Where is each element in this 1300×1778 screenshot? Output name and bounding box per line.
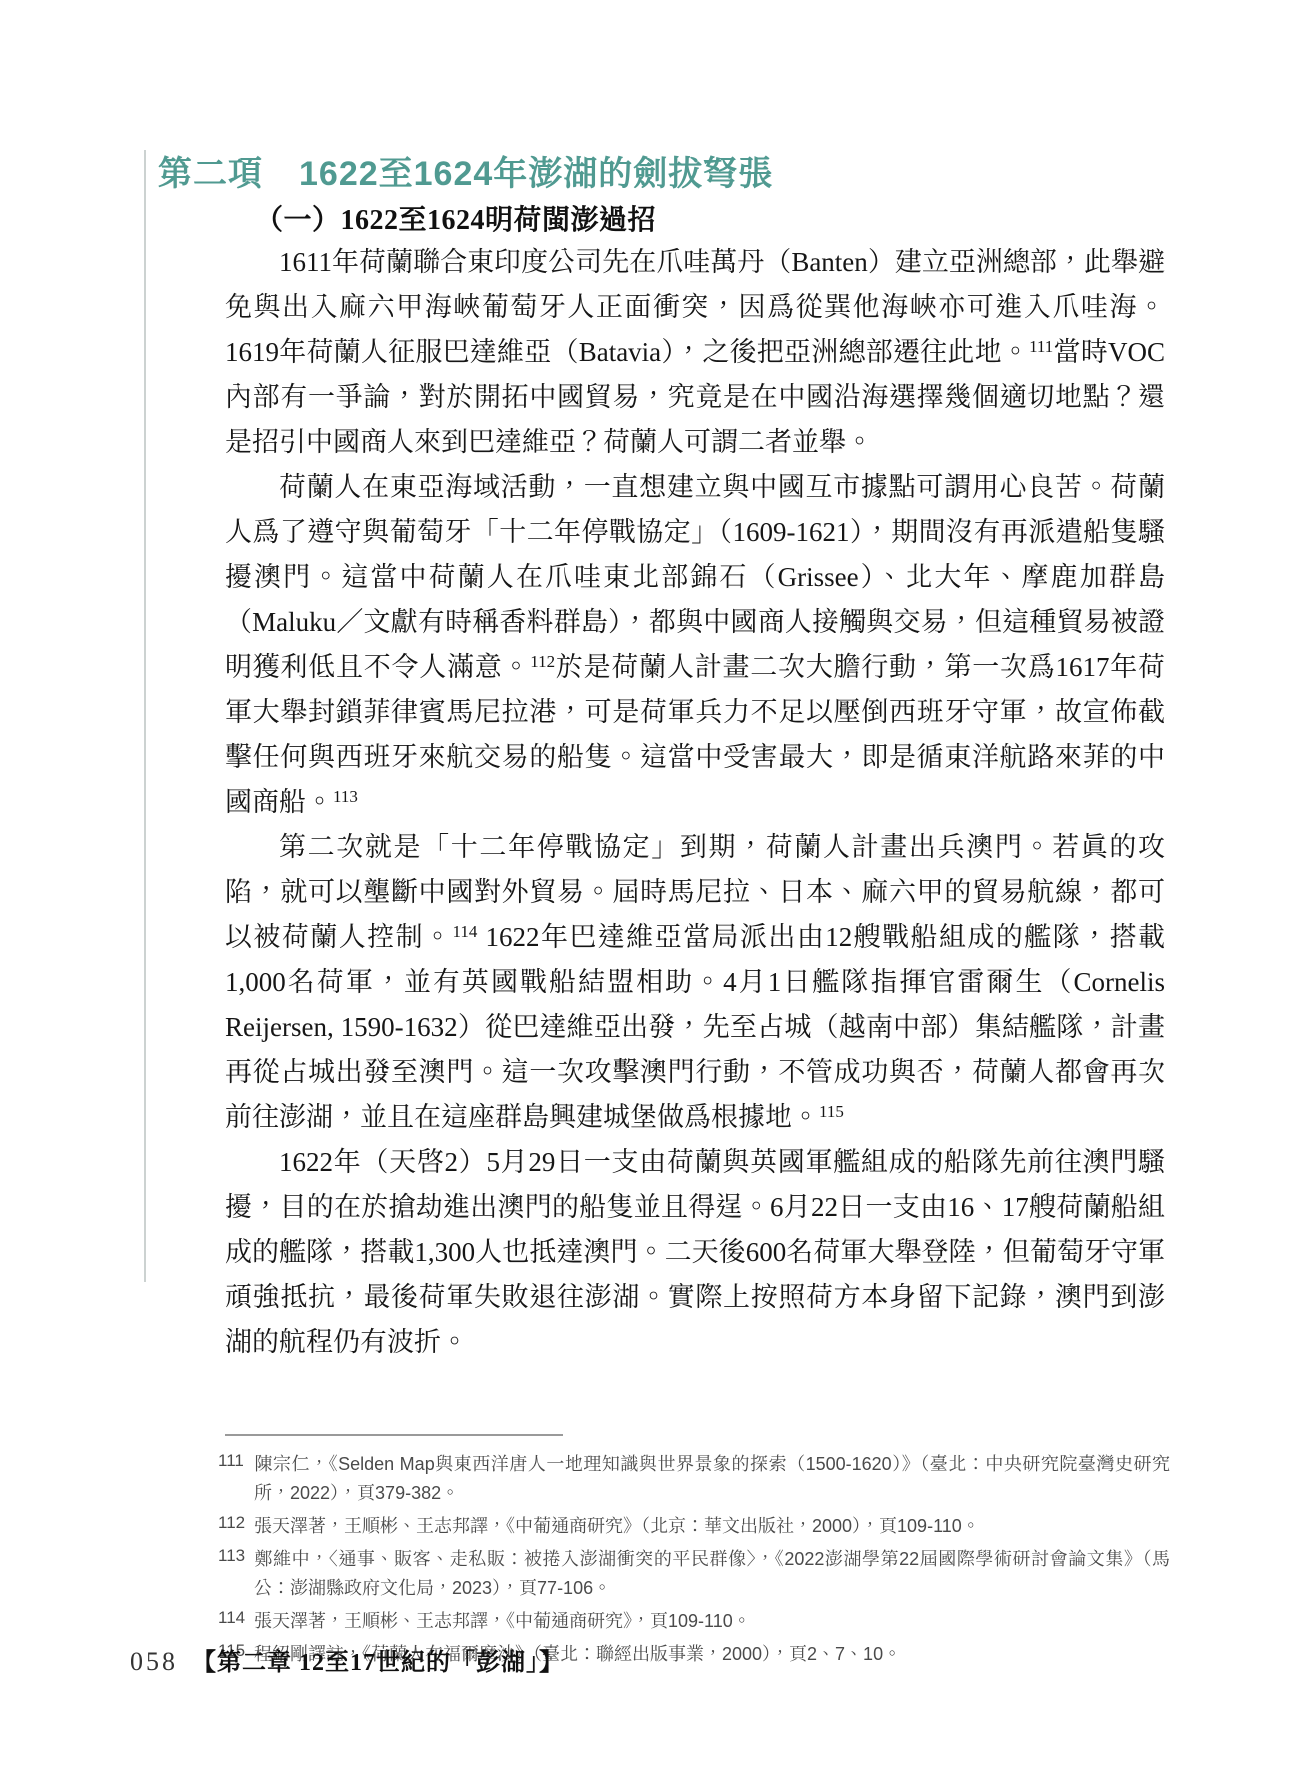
footnote-ref: 114 <box>452 922 477 941</box>
paragraph: 1622年（天啓2）5月29日一支由荷蘭與英國軍艦組成的船隊先前往澳門騷擾，目的… <box>225 1140 1165 1365</box>
paragraph: 荷蘭人在東亞海域活動，一直想建立與中國互市據點可謂用心良苦。荷蘭人爲了遵守與葡萄… <box>225 465 1165 825</box>
footnote-ref: 111 <box>1029 337 1053 356</box>
section-number: 第二項 <box>158 155 263 193</box>
paragraph: 第二次就是「十二年停戰協定」到期，荷蘭人計畫出兵澳門。若眞的攻陷，就可以壟斷中國… <box>225 825 1165 1140</box>
paragraph: 1611年荷蘭聯合東印度公司先在爪哇萬丹（Banten）建立亞洲總部，此舉避免與… <box>225 240 1165 465</box>
footnote-text: 陳宗仁，《Selden Map與東西洋唐人一地理知識與世界景象的探索（1500-… <box>254 1454 1170 1503</box>
page-number: 058 <box>130 1647 178 1676</box>
page-footer: 058【第二章 12至17世紀的「彭湖」】 <box>130 1642 564 1677</box>
footnote-number: 114 <box>218 1603 248 1632</box>
footnote-item: 111陳宗仁，《Selden Map與東西洋唐人一地理知識與世界景象的探索（15… <box>218 1446 1170 1508</box>
footnote-ref: 113 <box>333 787 358 806</box>
footnote-number: 111 <box>218 1446 248 1475</box>
footnote-separator <box>225 1434 563 1436</box>
footnote-item: 114張天澤著，王順彬、王志邦譯，《中葡通商研究》，頁109-110。 <box>218 1603 1170 1636</box>
footnote-text: 張天澤著，王順彬、王志邦譯，《中葡通商研究》（北京：華文出版社，2000），頁1… <box>254 1516 980 1536</box>
subsection-heading: （一）1622至1624明荷閩澎過招 <box>255 198 656 238</box>
footnote-item: 113鄭維中，〈通事、販客、走私販：被捲入澎湖衝突的平民群像〉，《2022澎湖學… <box>218 1541 1170 1603</box>
footnotes: 111陳宗仁，《Selden Map與東西洋唐人一地理知識與世界景象的探索（15… <box>218 1446 1170 1669</box>
footnote-text: 張天澤著，王順彬、王志邦譯，《中葡通商研究》，頁109-110。 <box>254 1611 751 1631</box>
footnote-ref: 115 <box>819 1102 844 1121</box>
body-text: 1611年荷蘭聯合東印度公司先在爪哇萬丹（Banten）建立亞洲總部，此舉避免與… <box>225 240 1165 1365</box>
book-page: 第二項1622至1624年澎湖的劍拔弩張 （一）1622至1624明荷閩澎過招 … <box>0 0 1300 1778</box>
footnote-ref: 112 <box>530 652 555 671</box>
chapter-title: 【第二章 12至17世紀的「彭湖」】 <box>192 1650 564 1676</box>
footnote-number: 112 <box>218 1508 248 1537</box>
footnote-text: 鄭維中，〈通事、販客、走私販：被捲入澎湖衝突的平民群像〉，《2022澎湖學第22… <box>254 1549 1170 1598</box>
footnote-number: 113 <box>218 1541 248 1570</box>
section-title: 1622至1624年澎湖的劍拔弩張 <box>299 155 773 193</box>
section-heading: 第二項1622至1624年澎湖的劍拔弩張 <box>158 146 773 195</box>
footnote-item: 112張天澤著，王順彬、王志邦譯，《中葡通商研究》（北京：華文出版社，2000）… <box>218 1508 1170 1541</box>
section-left-rule <box>144 150 146 1282</box>
